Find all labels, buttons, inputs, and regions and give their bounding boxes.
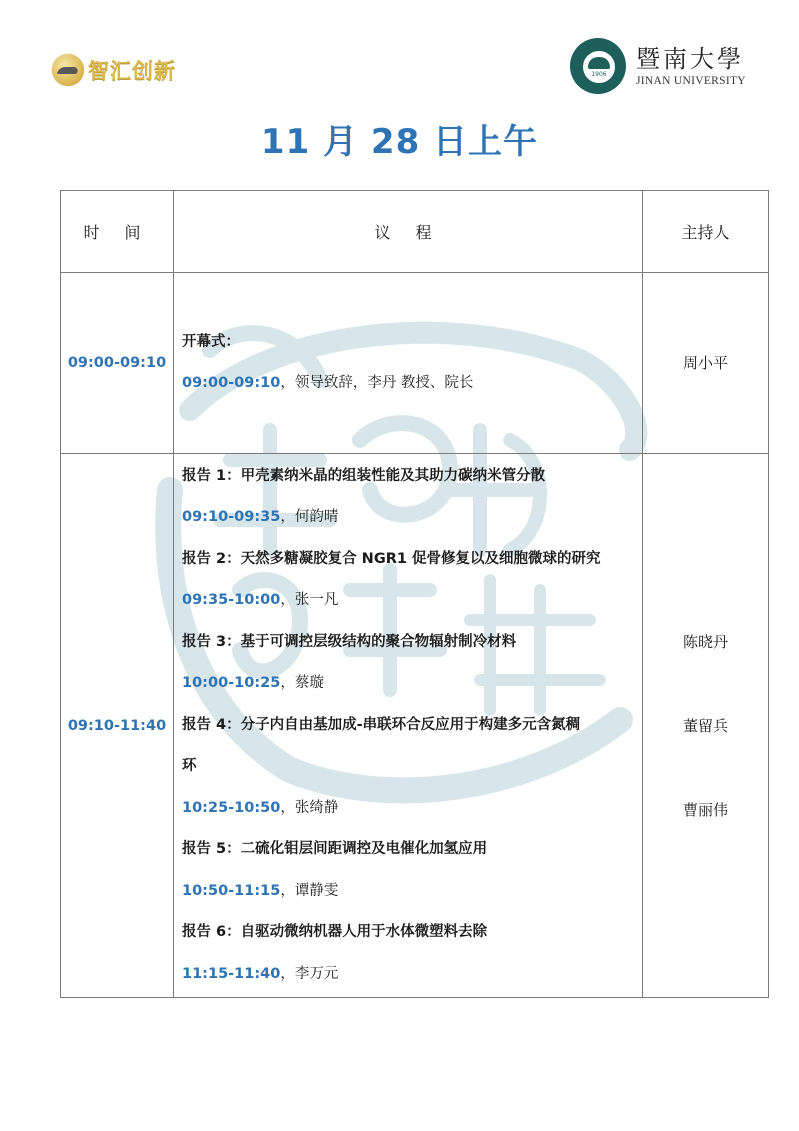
jinan-university-logo: 暨南大學 JINAN UNIVERSITY: [570, 38, 746, 94]
agenda-table: 时 间 议 程 主持人 09:00-09:10 开幕式： 09:00-09:10…: [60, 190, 769, 998]
report-detail: 10:00-10:25，蔡璇: [182, 663, 642, 705]
header-host: 主持人: [643, 191, 769, 273]
report-detail: 10:50-11:15，谭静雯: [182, 871, 642, 913]
report-title: 报告 5：二硫化钼层间距调控及电催化加氢应用: [182, 829, 642, 871]
zhihui-chuangxin-logo: 智汇创新: [52, 52, 176, 88]
university-name-cn: 暨南大學: [636, 45, 746, 73]
host-cell: 陈晓丹 董留兵 曹丽伟: [643, 454, 769, 998]
agenda-title: 开幕式：: [182, 322, 642, 364]
report-title: 报告 3：基于可调控层级结构的聚合物辐射制冷材料: [182, 622, 642, 664]
host-name: 周小平: [643, 321, 768, 405]
report-title: 报告 1：甲壳素纳米晶的组装性能及其助力碳纳米管分散: [182, 456, 642, 498]
report-detail: 09:35-10:00，张一凡: [182, 580, 642, 622]
ship-badge-icon: [52, 54, 84, 86]
agenda-cell: 开幕式： 09:00-09:10，领导致辞，李丹 教授、院长: [174, 273, 643, 454]
host-cell: 周小平: [643, 273, 769, 454]
university-seal-icon: [570, 38, 626, 94]
report-detail: 09:10-09:35，何韵晴: [182, 497, 642, 539]
agenda-cell: 报告 1：甲壳素纳米晶的组装性能及其助力碳纳米管分散 09:10-09:35，何…: [174, 454, 643, 998]
agenda-detail: 09:00-09:10，领导致辞，李丹 教授、院长: [182, 363, 642, 405]
page-title: 11 月 28 日上午: [0, 114, 799, 163]
table-header-row: 时 间 议 程 主持人: [61, 191, 769, 273]
report-title-continued: 环: [182, 746, 642, 788]
report-detail: 10:25-10:50，张绮静: [182, 788, 642, 830]
logo-text: 智汇创新: [88, 55, 176, 85]
report-title: 报告 4：分子内自由基加成-串联环合反应用于构建多元含氮稠: [182, 705, 642, 747]
report-title: 报告 6：自驱动微纳机器人用于水体微塑料去除: [182, 912, 642, 954]
host-name: 陈晓丹: [643, 600, 768, 684]
report-title: 报告 2：天然多糖凝胶复合 NGR1 促骨修复以及细胞微球的研究: [182, 539, 642, 581]
table-row: 09:10-11:40 报告 1：甲壳素纳米晶的组装性能及其助力碳纳米管分散 0…: [61, 454, 769, 998]
header-agenda: 议 程: [174, 191, 643, 273]
time-cell: 09:10-11:40: [61, 454, 174, 998]
host-name: 曹丽伟: [643, 768, 768, 852]
report-detail: 11:15-11:40，李万元: [182, 954, 642, 996]
host-name: 董留兵: [643, 684, 768, 768]
time-cell: 09:00-09:10: [61, 273, 174, 454]
header-time: 时 间: [61, 191, 174, 273]
university-name-en: JINAN UNIVERSITY: [636, 75, 746, 87]
table-row: 09:00-09:10 开幕式： 09:00-09:10，领导致辞，李丹 教授、…: [61, 273, 769, 454]
